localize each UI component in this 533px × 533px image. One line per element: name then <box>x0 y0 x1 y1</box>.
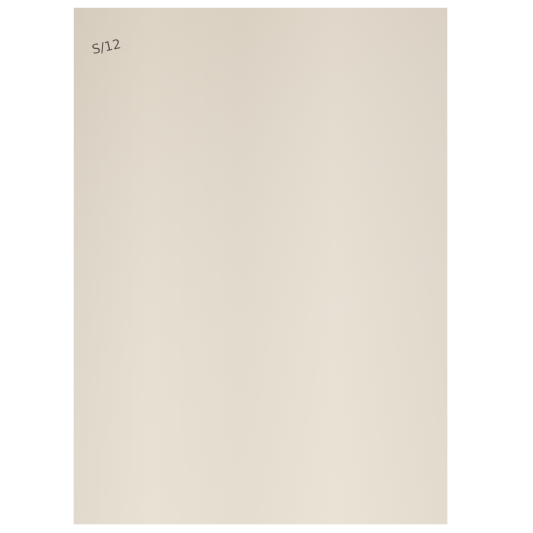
paper-sheet: S/12 <box>74 8 447 524</box>
handwritten-note: S/12 <box>91 37 123 58</box>
